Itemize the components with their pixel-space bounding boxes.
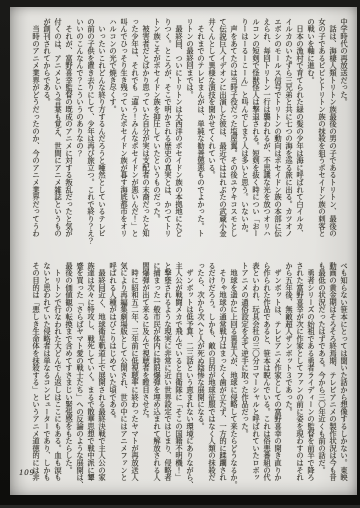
text-line: ルコンの短剣で怪獣怪人は撃退される。短剣を抜く時につい「おー	[251, 18, 262, 249]
text-line: 被害者だとばかり思っていた自分が実は支配者の末裔だったと知	[141, 18, 152, 249]
text-line: の戦いを軸に進む。	[306, 18, 317, 249]
text-line: て伝説巨人イデオンに出演した彼は、最近でははれぶたの武蔵小金	[218, 18, 229, 249]
text-line: いったいこれどんな終り方するんだろうと唖然としているテレビ	[97, 18, 108, 249]
text-line: 当時のアニメ業界がどうだったのか、今のアニメ業界だってうわ	[31, 18, 42, 249]
text-line: 叫んでひっそり生き残っていたポセイドン族が暮す海底都市をオリ	[119, 18, 130, 249]
text-line: ザンボットは、テレビアニメ作家としての富野喜幸の開き直りか	[273, 262, 284, 493]
text-line: そりゃ地球の通常戦力はまったく歯が立たず、一方的に蹂躙され	[218, 262, 229, 493]
text-line: 勇者シリーズの始祖である勇者ライディーンの監督を前半で降ろ	[306, 262, 317, 493]
text-line: 女の子であるピピとトリトン族の抹殺を狙うポセイドン族の刺客と	[317, 18, 328, 249]
text-line: その目的は「悪しき生命体を抹殺する」というアニメ道徳的には非	[31, 262, 42, 493]
text-line: に捕まった一般市民が体内に時限爆弾を埋め込まれて解放される人	[152, 262, 163, 493]
text-line: エボシのモールス信号でトリトンの動向はポセイドン族の本部に伝	[273, 18, 284, 249]
text-line: べも知らない笹本にとっては聞いた話から想像するしかない。東映	[339, 262, 350, 493]
text-line: 間爆弾が出て来るに及んで視聴者を瞠目させた。	[141, 262, 152, 493]
text-line: 最終回、ついにトリトンは大西洋のポセイドン族の本拠地にたど	[174, 18, 185, 249]
text-block-upper: 中学時代の再放送だった。 話は、海棲人類トリトン族最後の男の子であるトリトン、最…	[30, 18, 350, 249]
text-line: ら作られた作品であると、笹本は睨んでいる。これは俗悪番組の代	[262, 262, 273, 493]
text-block-lower: べも知らない笹本にとっては聞いた話から想像するしかない。東映動画の黄金期はそろそ…	[30, 262, 350, 493]
text-line: 最終回近く、地球衛星軌道上で展開される最終決戦で主人公の家	[97, 262, 108, 493]
text-line: ザンボットは低予算、二三話という恵まれない環境にありながら、	[185, 262, 196, 493]
text-line: るだけだろう。しかも、敵の目的が地球征服ではなく人類の抹殺だ	[207, 262, 218, 493]
text-line: 日本の漁村で育てられた緑の髪の少年は海に呼ばれて白イルカ、	[295, 18, 306, 249]
book-page: 中学時代の再放送だった。 話は、海棲人類トリトン族最後の男の子であるトリトン、最…	[10, 7, 357, 495]
text-line: 主人公が戦闘メカで飛んでいると自衛隊に「そこの国籍不明機！」	[174, 262, 185, 493]
scan-dark-border: 中学時代の再放送だった。 話は、海棲人類トリトン族最後の男の子であるトリトン、最…	[0, 0, 360, 508]
text-line: から五年後、無敵超人ザンボット３であった。	[284, 262, 295, 493]
text-line: 最後の価値観の転換まで含めてすさまじい緊張感をもたらした。	[64, 262, 75, 493]
text-line: トアニメの通俗設定を全て逆手に取った作品だった。	[240, 262, 251, 493]
text-line: トン族こそがポセイドン族を抑圧していたというものだった。	[152, 18, 163, 249]
text-line: それまでのテレビまんがは、単純な勧善懲悪ものでよかった。ト	[196, 18, 207, 249]
text-line: イルカのいたずら三兄弟と共に七つの海を巡る旅に出る。カツオノ	[284, 18, 295, 249]
text-line: えられ、毎回トリトン一行は襲われるが、不思議な光を放つオリハ	[262, 18, 273, 249]
text-line: 話は、海棲人類トリトン族最後の男の子であるトリトン、最後の	[328, 18, 339, 249]
text-line: 付くのは、アニメという言葉も覚え、世間にアニメ雑誌というもの	[53, 18, 64, 249]
text-line: った少年は、それでも「違う！みんなポセイドンが悪いんだ！」と	[130, 18, 141, 249]
text-line: 声をあてたのは当時子役だった塩屋翼。その後ユウキコスモとし	[229, 18, 240, 249]
text-line: も最低の状況だったはずである。今から三〇年近くも前の話だ。	[317, 262, 328, 493]
text-line: と撃墜されるような現実に非常に近い世界設定ではじまり、侵略者	[163, 262, 174, 493]
text-line: リトンの最終回までは。	[185, 18, 196, 249]
text-line: 動画の黄金期はそろそろ終焉期、テレビアニメの製作状況は今も昔	[328, 262, 339, 493]
text-line: 中学時代の再放送だった。	[339, 18, 350, 249]
text-line: 井くんとして異様な演技を聞かせてくれている。	[207, 18, 218, 249]
text-line: 蹙を買った「さらばヤマト愛の戦士たち」への反論のような展開は、	[75, 262, 86, 493]
text-line: 呼ばれる人種がはびこりはじめていた頃である。	[108, 262, 119, 493]
text-line: ハルコンの光で焼き尽くす。	[108, 18, 119, 249]
text-line: いいのこんなんで？こういうのありなの？	[75, 18, 86, 249]
text-line: ったら、次から次へと人が死ぬ陰惨な展開になる。	[196, 262, 207, 493]
text-line: 表といわれ、玩具会社の三〇分コマーシャルと呼ばれていたロボッ	[251, 262, 262, 493]
text-line: りーはーるーこーん」と叫んでしまう人は多いと思う。いないか。	[240, 18, 251, 249]
text-line: が創刊されてからである。	[42, 18, 53, 249]
text-line: 気により再編集劇場版として公開され、世の中にはアニメファンと	[119, 262, 130, 493]
text-line: それが、富野喜幸監督の既成のアニメに対する叛乱だったと気が	[64, 18, 75, 249]
text-line: 族達は次々に特攻し、戦死していく。まるで散華思想で戦中派に顰	[86, 262, 97, 493]
text-line: りつく。ところが、そこで明かされる歴史の真実とは、かつてトリ	[163, 18, 174, 249]
page-number: 109	[19, 467, 35, 477]
text-line: 地球を遥かに上回る異星人が、地球に侵略して来たらどうなるか。	[229, 262, 240, 493]
text-line: された富野喜幸が次に作家としてファンの前に姿を現わすのはそれ	[295, 262, 306, 493]
text-line: の前の子供を置き去りにして、少年は再び旅立つ。これで終り？え？	[86, 18, 97, 249]
text-line: トリトンで行なわれた大どんでん返しはここにもある。血も涙も	[53, 262, 64, 493]
text-line: ないと思われていた侵略者は単なるコンピューターであり、しかも	[42, 262, 53, 493]
text-line: 時に昭和五二年、三年前に低視聴率に終わったヤマトが再放送人	[130, 262, 141, 493]
